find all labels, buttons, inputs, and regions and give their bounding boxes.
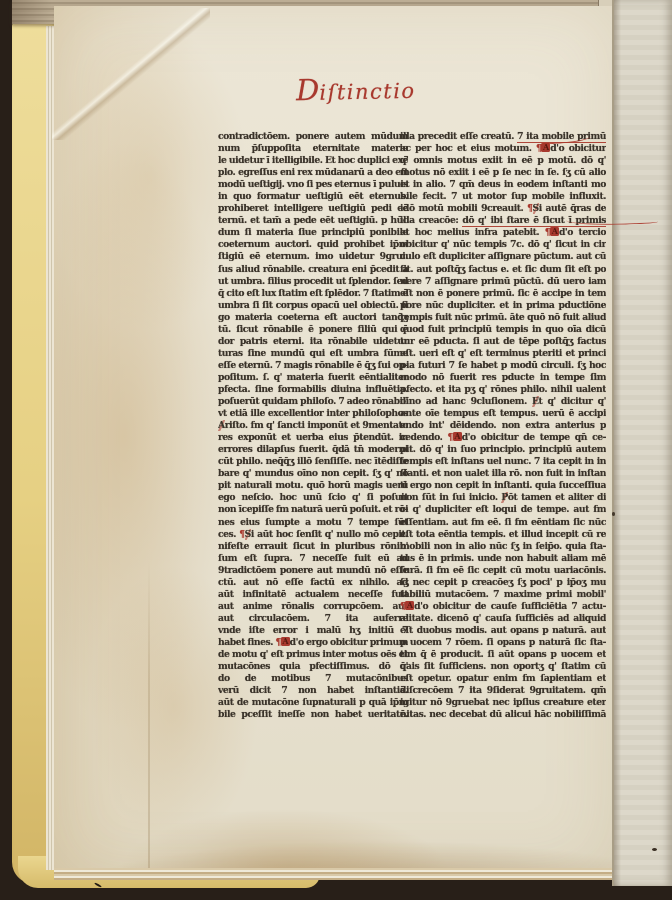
text-line: nitas. nec decebat dū alicui hāc nobiliſ… (400, 709, 606, 721)
text-line: obicitur q' nūc tempis 7c. dō q' ſicut i… (400, 239, 606, 251)
text-line: contradictōem. ponere autem mūdum eter (218, 131, 408, 143)
text-line: eſſe eternū. 7 magis rōnabile ē q̄ʒ ſui … (218, 360, 408, 372)
text-line: ti ergo non cepit in inſtanti. quia ſucc… (400, 480, 606, 492)
text-line: aut anime rōnalis corrupcōem. aut unitat… (218, 601, 408, 613)
text-line: q' omnis motus exiit in eē p motū. dō q' (400, 155, 606, 167)
rubricated-capital: E (532, 396, 539, 407)
text-line: ¶Ad'o obicitur de cauſe ſufficiētia 7 ac… (400, 601, 606, 613)
rubricated-capital: A (218, 420, 225, 431)
lombard-initial: A (453, 432, 462, 441)
text-line: non ſūt in ſui inicio. Pōt tamen et alit… (400, 492, 606, 504)
text-line: cedendo. ¶Ad'o obicitur de tempe qn̄ ce- (400, 432, 606, 444)
rubricated-capital: S (533, 203, 539, 214)
text-line: Ariſto. fm q' ſancti imponūt et 9mentato (218, 420, 408, 432)
text-line: ego neſcio. hoc unū ſcio q' ſi poſuit mū… (218, 492, 408, 504)
text-line: p uocem 7 rōem. ſi opans p naturā ſic ſt… (400, 637, 606, 649)
text-line: ſtanti. et non ualet illa rō. non fuit i… (400, 468, 606, 480)
text-line: eſſentiam. aut fm eē. ſi fm eēntiam ſic … (400, 517, 606, 529)
text-line: bile fecit. 7 ut motor ſup mobile influx… (400, 191, 606, 203)
text-line: fit. aut poſtq̄ʒ factus e. et ſic dum ſi… (400, 264, 606, 276)
text-line: nere 7 aſſignare primū pūctū. dū uero ia… (400, 276, 606, 288)
page-bottom-leaf-edges (54, 868, 612, 880)
text-line: pit. dō q' in ſuo principio. principiū a… (400, 444, 606, 456)
text-line: nifeſte errauit ſicut in pluribus rōnib'… (218, 541, 408, 553)
text-line: diſcrecōem 7 ita 9ſiderat 9gruitatem. qm… (400, 685, 606, 697)
text-line: q̄ cito eſt lux ſtatim eſt ſplēdor. 7 ſt… (218, 288, 408, 300)
paraph-mark: ¶ (527, 203, 532, 214)
text-line: et hoc melius infra patebit. ¶Ad'o terci… (400, 227, 606, 239)
text-line: mutacōnes quia pfectiſſimus. dō q' loquē… (218, 661, 408, 673)
paraph-mark: ¶ (239, 529, 244, 540)
text-line: pit naturali motu. quō horū magis uerū ſ… (218, 480, 408, 492)
text-line: ſum eſt ſupra. 7 neceſſe fuit eū ad uita… (218, 553, 408, 565)
text-line: mobili non in alio nūc ſʒ in ſeip̄o. qui… (400, 541, 606, 553)
text-line: eſt non ē ponere primū. ſic ē accipe in … (400, 288, 606, 300)
lombard-initial: A (405, 601, 414, 610)
text-line: tabiliū mutacōem. 7 maxime primi mobil' (400, 589, 606, 601)
text-line: ut umbra. filius procedit ut ſplendor. ſ… (218, 276, 408, 288)
text-line: tim q̄ ē producit. ſi aūt opans p uocem … (400, 649, 606, 661)
text-line: motus nō exiit i eē p ſe nec in ſe. ſʒ c… (400, 167, 606, 179)
text-line: aut circulacōem. 7 ita auferre beatitudi… (218, 613, 408, 625)
text-line: ſus aliud rōnabile. creatura eni p̄cedit… (218, 264, 408, 276)
rubricated-capital: S (245, 529, 251, 540)
text-line: poſitum. ſ. q' materia fuerit eēntialite… (218, 372, 408, 384)
text-line: eſt opetur. opatur enim fm ſapientiam et (400, 673, 606, 685)
text-line: dor patris eterni. ita rōnabile uidetur … (218, 336, 408, 348)
text-line: ac per hoc et eius motum. ¶Ad'o obicitur (400, 143, 606, 155)
text-line: ante oīe tempus eſt tempus. uerū ē accip… (400, 408, 606, 420)
text-line: pore nūc dupliciter. et in prima pductiō… (400, 300, 606, 312)
text-line: coeternum auctori. quid prohibet ip̄m ue (218, 239, 408, 251)
text-line: pfecta. ſine formabilis diuina influētia… (218, 384, 408, 396)
text-line: alitate. dicenō q' cauſa ſufficiēs ad al… (400, 613, 606, 625)
text-line: pfecto. et ita pʒ q' rōnes philo. nihil … (400, 384, 606, 396)
text-line: bare q' mundus oīno non cepit. ſʒ q' nō … (218, 468, 408, 480)
facing-page-fore-edge (612, 0, 672, 886)
text-line: et in alio. 7 qm̄ deus in eodem inſtanti… (400, 179, 606, 191)
text-line: tempis fuit nūc primū. āte quō nō fuit a… (400, 312, 606, 324)
text-line: tur eē pducta. ſi aut de tēpe poſtq̄ʒ fa… (400, 336, 606, 348)
text-line: endo int' dēidendo. non extra anterius p (400, 420, 606, 432)
ink-speck (652, 848, 657, 851)
text-line: ctū. aut nō eſſe factū ex nihilo. ad uit… (218, 577, 408, 589)
text-line: igitur nō 9gruebat nec ipſius creature e… (400, 697, 606, 709)
text-line: tus ē in primis. unde non habuit aliam m… (400, 553, 606, 565)
text-line: oīno ad hanc 9cluſionem. Et q' dicitur q… (400, 396, 606, 408)
text-line: tū. ſicut rōnabile ē ponere filiū qui ē … (218, 324, 408, 336)
text-line: nes eius ſumpte a motu 7 tempe ſūt effic… (218, 517, 408, 529)
text-line: go materia coeterna eſt auctori tanq̄ʒ o… (218, 312, 408, 324)
ink-speck (612, 512, 615, 516)
text-line: q̄ais ſit ſufficiens. non oportʒ q' ſtat… (400, 661, 606, 673)
text-line: umbra ſi ſit corpus opacū uel obiectū. ſ… (218, 300, 408, 312)
text-line: non īcepiſſe fm naturā uerū poſuit. et r… (218, 504, 408, 516)
text-line: eſt duobus modis. aut opans p naturā. au… (400, 625, 606, 637)
text-line: bile pceſſit ineſſe non habet ueritatē. … (218, 709, 408, 721)
text-line: quod fuit principiū tempis in quo oīa di… (400, 324, 606, 336)
text-line: in quo formatur ueſtigiū eēt eternus. ni… (218, 191, 408, 203)
text-line: eſt tota eēntia tempis. et illud incepit… (400, 529, 606, 541)
text-line: ci q' dupliciter eſt loqui de tempe. aut… (400, 504, 606, 516)
text-line: modo nō fuerit res pducte in tempe ſim (400, 372, 606, 384)
lombard-initial: A (550, 227, 559, 236)
text-line: aūt infinitatē actualem neceſſe fuit pon… (218, 589, 408, 601)
text-line: eſt. ueri eſt q' eſt terminus pteriti et… (400, 348, 606, 360)
text-line: 9tradictōem ponere aut mundū nō eſſe fa (218, 565, 408, 577)
page-fold-shadow (148, 560, 150, 870)
text-line: errores dilapſus fuerit. q̄dā tn̄ modern… (218, 444, 408, 456)
text-line: do de motibus 7 mutacōnibus naturalib'. (218, 673, 408, 685)
text-line: ſurā. ſi fm eē ſic cepit cū motu uariacō… (400, 565, 606, 577)
text-line: res exponūt et uerba eius p̄tendūt. in h… (218, 432, 408, 444)
text-line: dum ſi materia ſiue principiū ponibile e… (218, 227, 408, 239)
lombard-initial: A (281, 637, 290, 646)
text-line: ternū. et tam̄ a pede eēt ueſtigiū. p hū… (218, 215, 408, 227)
text-line: prohiberet intelligere ueſtigiū pedi eē … (218, 203, 408, 215)
text-line: ſʒ nec cepit p creacōeʒ ſʒ poci' p ip̄oʒ… (400, 577, 606, 589)
rubricated-capital: P (501, 492, 507, 503)
text-line: modū ueſtigij. vno ſi pes eternus ī pulu… (218, 179, 408, 191)
text-line: poſuerūt quidam philoſo. 7 adeo rōnabil' (218, 396, 408, 408)
crease-line-top-left (52, 8, 210, 140)
text-line: culo eſt dupliciter aſſignare pūctum. au… (400, 251, 606, 263)
text-line: ſtigiū eē eternum. imo uidetur 9grui. ¶R… (218, 251, 408, 263)
running-title: Diſtinctio (296, 71, 416, 107)
text-line: pia futuri 7 ſe habet p modū circuli. ſʒ… (400, 360, 606, 372)
text-line: aūt de mutacōne ſupnaturali p quā ip̄m m… (218, 697, 408, 709)
text-line: cūt philo. neq̄q̄ʒ illō ſenſiſſe. nec īt… (218, 456, 408, 468)
text-line: plo. egreſſus eni rex mūdanarū a deo eſt… (218, 167, 408, 179)
text-line: habet fines. ¶Ad'o ergo obicitur primum (218, 637, 408, 649)
text-line: tempis eſt inſtans uel nunc. 7 ita cepit… (400, 456, 606, 468)
text-line: vnde iſte error i malū hʒ initiū 7 peſſi… (218, 625, 408, 637)
text-line: ces. ¶Si aūt hoc ſenſit q' nullo mō cepi… (218, 529, 408, 541)
text-line: vt etiā ille excellentior inter philoſop… (218, 408, 408, 420)
text-line: turas ſine mundū qui eſt umbra ſūme luci… (218, 348, 408, 360)
text-line: verū dicit 7 non habet inſtantiā. loquen… (218, 685, 408, 697)
ink-speck (566, 700, 568, 702)
photograph-of-incunabulum-page: { "document_type": "incunabulum page pho… (0, 0, 672, 900)
text-line: de motu q' eſt primus inter motus oēs et (218, 649, 408, 661)
text-line: num p̄ſuppoſita eternitate materie rōnab… (218, 143, 408, 155)
text-line: idō motū mobili 9creauit. ¶Si autē q̄ras… (400, 203, 606, 215)
lombard-initial: A (541, 143, 550, 152)
text-column-left: contradictōem. ponere autem mūdum eternu… (218, 131, 408, 721)
text-line: le uidetur ī itelligibile. Et hoc duplic… (218, 155, 408, 167)
